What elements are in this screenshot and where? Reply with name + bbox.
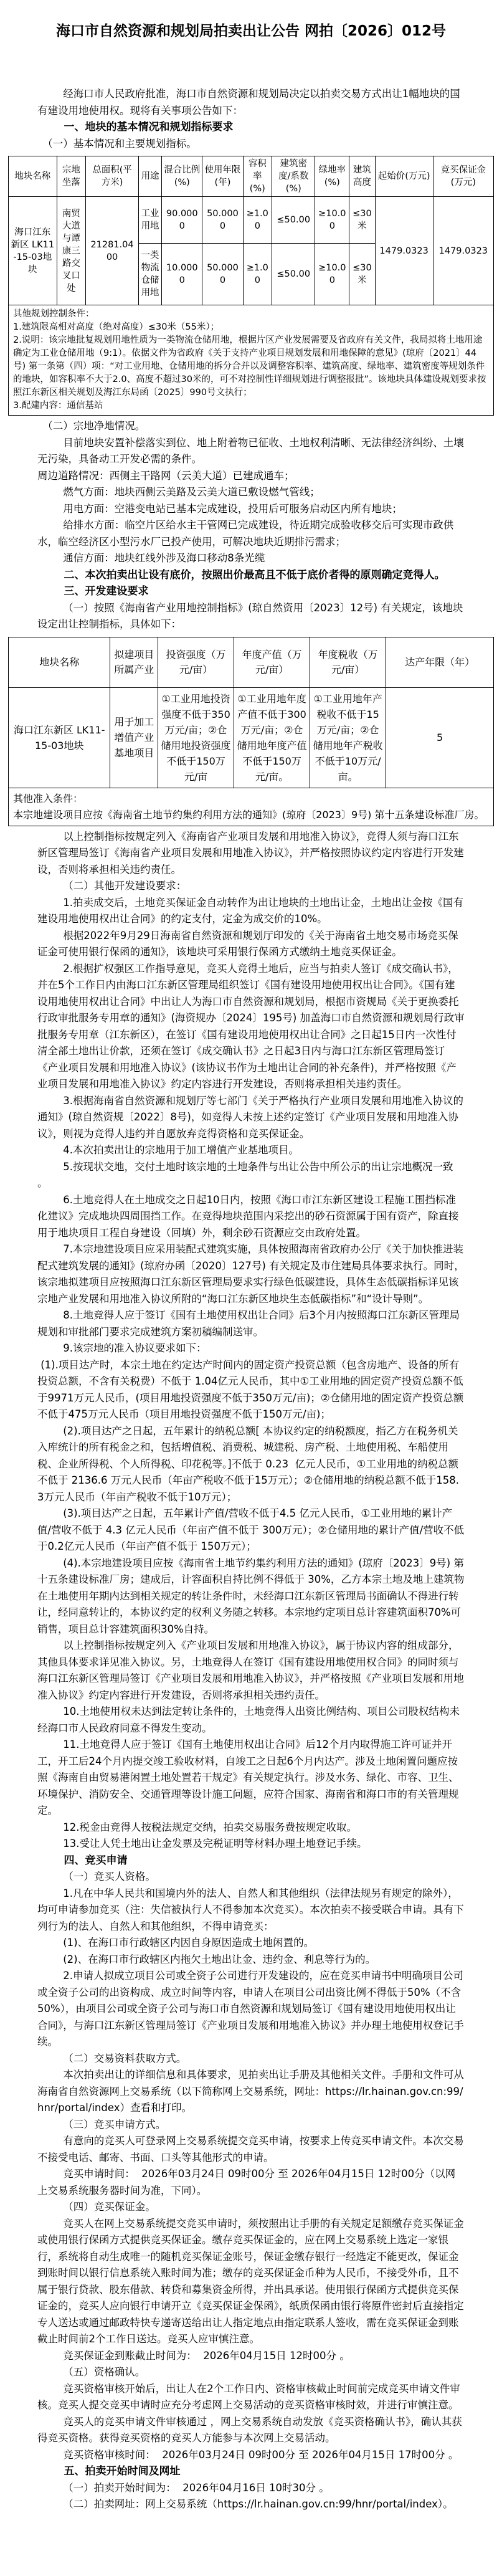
col-mix-ratio: 混合比例(%) bbox=[162, 156, 202, 197]
paragraph: （一）竞买人资格。 bbox=[37, 1869, 465, 1886]
control-index-table-wrap: 地块名称 拟建项目所属产业 投资强度（万元/亩） 年度产值（万元/亩） 年度税收… bbox=[0, 637, 502, 826]
cell-mix: 90.0000 bbox=[162, 197, 202, 244]
paragraph: 竞买资格审核开始后，出让人在2个工作日内、资格审核截止时间前完成竞买申请文件审核… bbox=[37, 2381, 465, 2414]
col-deposit: 竞买保证金(万元) bbox=[433, 156, 493, 197]
paragraph: （一）按照《海南省产业用地控制指标》(琼自然资用〔2023〕12号) 有关规定，… bbox=[37, 600, 465, 633]
cell-density: ≤50.00 bbox=[272, 244, 315, 305]
paragraph: 目前地块安置补偿落实到位、地上附着物已征收、土地权利清晰、无法律经济纠纷、土壤无… bbox=[37, 435, 465, 468]
other-entry-conditions: 其他准入条件： 本宗地建设项目应按《海南省土地节约集约利用方法的通知》(琼府〔2… bbox=[9, 788, 494, 826]
col-invest-strength: 投资强度（万元/亩） bbox=[158, 637, 234, 687]
paragraph: 竞买人的竞买申请文件审核通过 ，网上交易系统自动发放《竞买资格确认书》，确认其获… bbox=[37, 2414, 465, 2447]
paragraph: 以上控制指标按规定列入《产业项目发展和用地准入协议》，属于协议内容的组成部分，其… bbox=[37, 1638, 465, 1704]
cell-density: ≤50.00 bbox=[272, 197, 315, 244]
paragraph: 本次拍卖出让的详细信息和具体要求，见拍卖出让手册及其他相关文件。手册和文件可从海… bbox=[37, 2067, 465, 2117]
cell-height: ≤30米 bbox=[349, 244, 375, 305]
cell-height: ≤30米 bbox=[349, 197, 375, 244]
paragraph: 5.按现状交地，交付土地时该宗地的土地条件与出让公告中所公示的出让宗地概况一致 … bbox=[37, 1159, 465, 1192]
section-2-3-block: （二）宗地净地情况。目前地块安置补偿落实到位、地上附着物已征收、土地权利清晰、无… bbox=[0, 418, 502, 633]
cell-plot-name: 海口江东新区 LK11-15-03地块 bbox=[9, 197, 57, 305]
section-heading: 五、拍卖开始时间及网址 bbox=[37, 2463, 465, 2480]
table-note-row: 其他准入条件： 本宗地建设项目应按《海南省土地节约集约利用方法的通知》(琼府〔2… bbox=[9, 788, 494, 826]
paragraph: 10.土地使用权未达到法定转让条件的，土地竞得人出资比例结构、项目公司股权结构未… bbox=[37, 1704, 465, 1737]
cell-annual-output: ①工业用地年度产值不低于300万元/亩；②仓储用地年度产值不低于150万元/亩。 bbox=[234, 687, 310, 788]
paragraph: 根据2022年9月29日海南省自然资源和规划厅印发的《关于海南省土地交易市场竞买… bbox=[37, 928, 465, 961]
paragraph: 给排水方面：临空片区给水主干管网已完成建设，待近期完成验收移交后可实现市政供水，… bbox=[37, 517, 465, 550]
paragraph: 2.申请人拟成立项目公司或全资子公司进行开发建设的，应在竞买申请书中明确项目公司… bbox=[37, 1968, 465, 2051]
paragraph: （三）竞买申请方式。 bbox=[37, 2117, 465, 2134]
cell-term: 50.0000 bbox=[202, 244, 243, 305]
announcement-document: 海口市自然资源和规划局拍卖出让公告 网拍〔2026〕012号 经海口市人民政府批… bbox=[0, 0, 502, 2576]
col-start-price: 起始价(万元) bbox=[375, 156, 433, 197]
paragraph: (1).项目达产时，本宗土地在约定达产时间内的固定资产投资总额（包含房地产、设备… bbox=[37, 1357, 465, 1423]
cell-industry: 用于加工增值产业基地项目 bbox=[110, 687, 158, 788]
paragraph: （五）资格确认。 bbox=[37, 2364, 465, 2381]
col-industry: 拟建项目所属产业 bbox=[110, 637, 158, 687]
col-use: 用途 bbox=[138, 156, 161, 197]
section-heading: 三、开发建设要求 bbox=[37, 583, 465, 600]
section-1-heading: 一、地块的基本情况和规划指标要求 bbox=[37, 119, 465, 136]
cell-years-to-full: 5 bbox=[386, 687, 494, 788]
paragraph: 竞买人在网上交易系统提交竞买申请时，须按照出让手册的有关规定足额缴存竞买保证金或… bbox=[37, 2216, 465, 2348]
col-density: 建筑密度/系数(%) bbox=[272, 156, 315, 197]
col-location: 宗地坐落 bbox=[57, 156, 86, 197]
col-years-to-full: 达产年限（年） bbox=[386, 637, 494, 687]
paragraph: 3.根据海南省自然资源和规划厅等七部门《关于严格执行产业项目发展和用地准入协议的… bbox=[37, 1093, 465, 1143]
paragraph: （二）拍卖网址：网上交易系统（https://lr.hainan.gov.cn:… bbox=[37, 2496, 465, 2513]
col-plot-name: 地块名称 bbox=[9, 156, 57, 197]
paragraph: （二）宗地净地情况。 bbox=[37, 418, 465, 435]
cell-start-price: 1479.0323 bbox=[375, 197, 433, 305]
paragraph: 6.土地竞得人在土地成交之日起10日内，按照《海口市江东新区建设工程施工围挡标准… bbox=[37, 1192, 465, 1242]
cell-green: ≥10.00 bbox=[315, 244, 349, 305]
plot-info-table: 地块名称 宗地坐落 总面积(平方米) 用途 混合比例(%) 使用年限(年) 容积… bbox=[8, 156, 494, 416]
cell-use: 一类物流仓储用地 bbox=[138, 244, 161, 305]
document-title: 海口市自然资源和规划局拍卖出让公告 网拍〔2026〕012号 bbox=[12, 21, 490, 41]
paragraph: 竞买申请时间： 2026年03月24日 09时00分 至 2026年04月15日… bbox=[37, 2166, 465, 2199]
paragraph: 通信方面：地块红线外涉及海口移动8条光缆 bbox=[37, 550, 465, 567]
cell-deposit: 1479.0323 bbox=[433, 197, 493, 305]
paragraph: 1.拍卖成交后，土地竞买保证金自动转作为出让地块的土地出让金，土地出让金按《国有… bbox=[37, 895, 465, 928]
cell-annual-tax: ①工业用地年产税收不低于15万元/亩；②仓储用地年产税收不低于10万元/亩。 bbox=[310, 687, 386, 788]
note-line: 2.说明：该宗地批复规划用地性质为一类物流仓储用地，根据片区产业发展需要及省政府… bbox=[13, 334, 489, 399]
paragraph: 8.土地竞得人应于签订《国有土地使用权出让合同》后3个月内按照海口江东新区管理局… bbox=[37, 1307, 465, 1340]
col-plot-name: 地块名称 bbox=[9, 637, 110, 687]
paragraph: （二）其他开发建设要求： bbox=[37, 878, 465, 895]
paragraph: 有意向的竞买人可登录网上交易系统提交竞买申请，按要求上传竞买申请文件。本次交易不… bbox=[37, 2133, 465, 2166]
paragraph: （四）竞买保证金。 bbox=[37, 2199, 465, 2216]
col-far: 容积率(%) bbox=[243, 156, 272, 197]
paragraph: 12.税金由竞得人按税法规定交纳，拍卖交易服务费按规定收取。 bbox=[37, 1820, 465, 1836]
paragraph: 燃气方面：地块西侧云美路及云美大道已敷设燃气管线； bbox=[37, 484, 465, 501]
paragraph: (3).项目达产之日起，五年累计产值/营收不低于4.5 亿元人民币，①工业用地的… bbox=[37, 1505, 465, 1555]
paragraph: （一）拍卖开始时间为： 2026年04月16日 10时30分 。 bbox=[37, 2480, 465, 2497]
col-annual-tax: 年度税收（万元/亩） bbox=[310, 637, 386, 687]
note-line: 其他准入条件： bbox=[13, 791, 489, 807]
col-area: 总面积(平方米) bbox=[86, 156, 139, 197]
paragraph: 13.受让人凭土地出让金发票及完税证明等材料办理土地登记手续。 bbox=[37, 1836, 465, 1853]
col-annual-output: 年度产值（万元/亩） bbox=[234, 637, 310, 687]
paragraph: 4.本次拍卖出让的宗地用于加工增值产业基地项目。 bbox=[37, 1142, 465, 1159]
cell-far: ≥1.00 bbox=[243, 197, 272, 244]
cell-plot-name: 海口江东新区 LK11-15-03地块 bbox=[9, 687, 110, 788]
paragraph: （二）交易资料获取方式。 bbox=[37, 2051, 465, 2068]
intro-paragraph: 经海口市人民政府批准，海口市自然资源和规划局决定以拍卖交易方式出让1幅地块的国有… bbox=[37, 86, 465, 119]
paragraph: (2).项目达产之日起，五年累计的纳税总额[ 本协议约定的纳税额度，指乙方在税务… bbox=[37, 1423, 465, 1506]
table-row: 海口江东新区 LK11-15-03地块 南贸大道与谭康三路交叉口处 21281.… bbox=[9, 197, 494, 244]
paragraph: 1.凡在中华人民共和国境内外的法人、自然人和其他组织（法律法规另有规定的除外），… bbox=[37, 1886, 465, 1935]
cell-green: ≥10.00 bbox=[315, 197, 349, 244]
cell-location: 南贸大道与谭康三路交叉口处 bbox=[57, 197, 86, 305]
note-line: 本宗地建设项目应按《海南省土地节约集约利用方法的通知》(琼府〔2023〕9号) … bbox=[13, 807, 489, 823]
plot-info-table-wrap: 地块名称 宗地坐落 总面积(平方米) 用途 混合比例(%) 使用年限(年) 容积… bbox=[0, 156, 502, 416]
intro-block: 经海口市人民政府批准，海口市自然资源和规划局决定以拍卖交易方式出让1幅地块的国有… bbox=[0, 86, 502, 152]
cell-use: 工业用地 bbox=[138, 197, 161, 244]
paragraph: 2.根据扩权强区工作指导意见，竞买人竞得土地后，应当与拍卖人签订《成交确认书》，… bbox=[37, 961, 465, 1093]
paragraph: 竞买保证金到账截止时间为： 2026年04月15日 12时00分 。 bbox=[37, 2348, 465, 2365]
cell-invest-strength: ①工业用地投资强度不低于350万元/亩；②仓储用地投资强度不低于150万元/亩 bbox=[158, 687, 234, 788]
note-line: 其他规划控制条件： bbox=[13, 308, 489, 321]
table-header-row: 地块名称 宗地坐落 总面积(平方米) 用途 混合比例(%) 使用年限(年) 容积… bbox=[9, 156, 494, 197]
paragraph: 7.本宗地建设项目应采用装配式建筑实施，具体按照海南省政府办公厅《关于加快推进装… bbox=[37, 1241, 465, 1307]
table-note-row: 其他规划控制条件： 1.建筑限高相对高度（绝对高度）≤30米（55米）； 2.说… bbox=[9, 305, 494, 416]
note-line: 3.配建内容：通信基站 bbox=[13, 399, 489, 413]
col-term: 使用年限(年) bbox=[202, 156, 243, 197]
cell-term: 50.0000 bbox=[202, 197, 243, 244]
paragraph: 竞买资格审核时间： 2026年03月24日 09时00分 至 2026年04月1… bbox=[37, 2447, 465, 2464]
cell-mix: 10.0000 bbox=[162, 244, 202, 305]
paragraph: 11.土地竞得人应于签订《国有土地使用权出让合同》后12个月内取得施工许可证并开… bbox=[37, 1737, 465, 1820]
cell-far: ≥1.00 bbox=[243, 244, 272, 305]
paragraph: (2)、在海口市行政辖区内拖欠土地出让金、违约金、利息等行为的。 bbox=[37, 1952, 465, 1968]
table-row: 海口江东新区 LK11-15-03地块 用于加工增值产业基地项目 ①工业用地投资… bbox=[9, 687, 494, 788]
note-line: 1.建筑限高相对高度（绝对高度）≤30米（55米）； bbox=[13, 321, 489, 334]
paragraph: 9.该宗地的准入协议要求如下： bbox=[37, 1340, 465, 1357]
col-height: 建筑高度 bbox=[349, 156, 375, 197]
paragraph: (4).本宗地建设项目应按《海南省土地节约集约利用方法的通知》(琼府〔2023〕… bbox=[37, 1555, 465, 1638]
paragraph: (1)、在海口市行政辖区内因自身原因造成土地闲置的。 bbox=[37, 1935, 465, 1952]
paragraph: 用电方面：空港变电站已基本完成建设，投用后可服务启动区内所有地块； bbox=[37, 501, 465, 518]
other-planning-conditions: 其他规划控制条件： 1.建筑限高相对高度（绝对高度）≤30米（55米）； 2.说… bbox=[9, 305, 494, 416]
control-index-table: 地块名称 拟建项目所属产业 投资强度（万元/亩） 年度产值（万元/亩） 年度税收… bbox=[8, 637, 494, 826]
section-heading: 四、竞买申请 bbox=[37, 1853, 465, 1869]
paragraph: 周边道路情况：西侧主干路网（云美大道）已建成通车； bbox=[37, 468, 465, 485]
col-green-rate: 绿地率(%) bbox=[315, 156, 349, 197]
section-heading: 二、本次拍卖出让设有底价，按照出价最高且不低于底价者得的原则确定竞得人。 bbox=[37, 567, 465, 584]
table-header-row: 地块名称 拟建项目所属产业 投资强度（万元/亩） 年度产值（万元/亩） 年度税收… bbox=[9, 637, 494, 687]
section-1-sub-1: （一）基本情况和主要规划指标。 bbox=[37, 136, 465, 153]
paragraph: 以上控制指标按规定列入《海南省产业项目发展和用地准入协议》，竞得人须与海口江东新… bbox=[37, 829, 465, 879]
sections-3-4-5-block: 以上控制指标按规定列入《海南省产业项目发展和用地准入协议》，竞得人须与海口江东新… bbox=[0, 829, 502, 2513]
cell-area: 21281.0400 bbox=[86, 197, 139, 305]
